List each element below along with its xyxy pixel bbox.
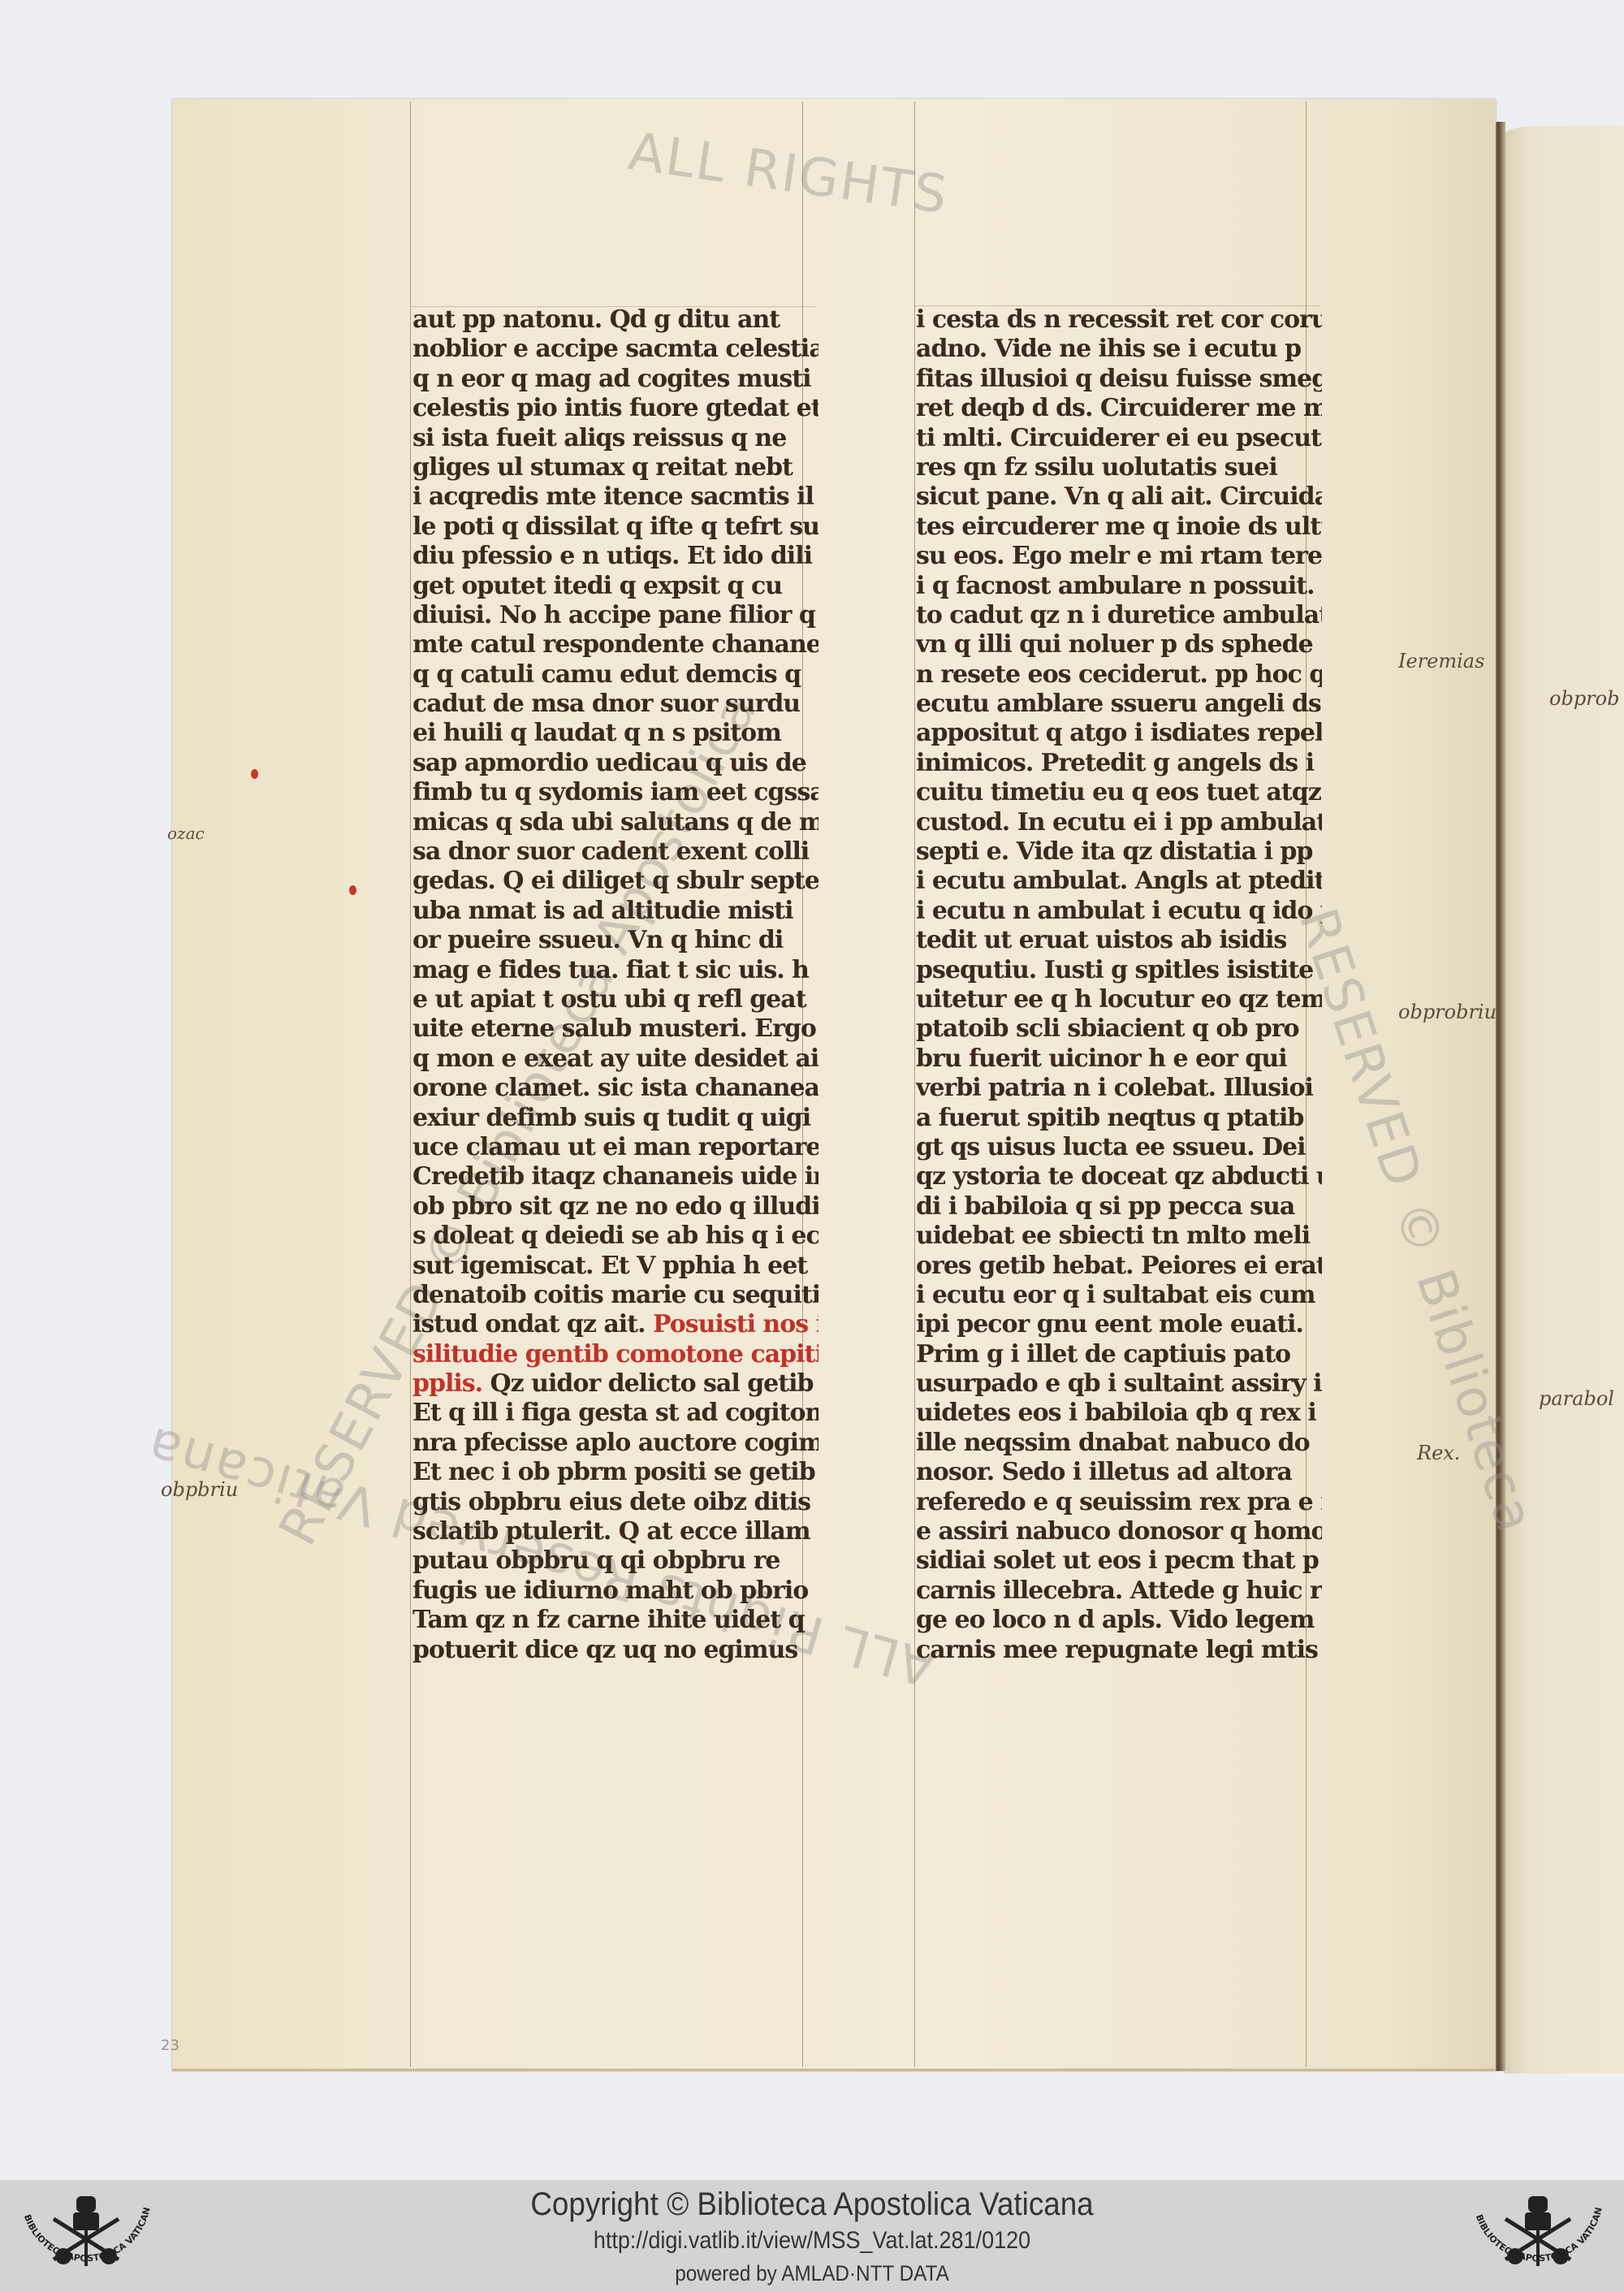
text-line: denatoib coitis marie cu sequitia: [412, 1281, 818, 1310]
text-line: usurpado e qb i sultaint assiry i: [916, 1369, 1322, 1399]
image-url-link[interactable]: http://digi.vatlib.it/view/MSS_Vat.lat.2…: [81, 2227, 1543, 2255]
text-line: di i babiloia q si pp pecca sua: [916, 1192, 1322, 1222]
text-line: aut pp natonu. Qd g ditu ant: [412, 305, 818, 335]
copyright-footer: Copyright © Biblioteca Apostolica Vatica…: [0, 2180, 1624, 2292]
text-line: carnis mee repugnate legi mtis: [916, 1636, 1322, 1665]
text-line: q q catuli camu edut demcis q: [412, 660, 818, 690]
text-line: celestis pio intis fuore gtedat et: [412, 394, 818, 423]
text-line: i cesta ds n recessit ret cor coru: [916, 305, 1322, 335]
marginal-note: ozac: [167, 824, 205, 843]
text-line: potuerit dice qz uq no egimus: [412, 1636, 818, 1665]
ruling-line: [410, 102, 411, 2067]
text-line-with-rubric: istud ondat qz ait. Posuisti nos i: [412, 1310, 818, 1339]
text-line: sut igemiscat. Et V pphia h eet: [412, 1252, 818, 1281]
text-line: noblior e accipe sacmta celestia: [412, 335, 818, 364]
text-line: ptatoib scli sbiacient q ob pro: [916, 1014, 1322, 1044]
text-line: micas q sda ubi salutans q de me: [412, 808, 818, 837]
text-line: cadut de msa dnor suor surdu: [412, 690, 818, 719]
vatican-library-seal-icon: BIBLIOTECA APOSTOLICA VATICANA: [5, 2186, 167, 2289]
text-line: ipi pecor gnu eent mole euati.: [916, 1310, 1322, 1339]
text-line: le poti q dissilat q ifte q tefrt su: [412, 512, 818, 542]
text-line: exiur defimb suis q tudit q uigi: [412, 1104, 818, 1133]
text-line: verbi patria n i colebat. Illusioi: [916, 1074, 1322, 1103]
red-ink-spot: [349, 885, 356, 895]
text-line: sa dnor suor cadent exent colli: [412, 837, 818, 867]
text-line: septi e. Vide ita qz distatia i pp: [916, 837, 1322, 867]
text-line: i ecutu ambulat. Angls at ptedit: [916, 867, 1322, 896]
red-ink-spot: [251, 769, 258, 779]
text-line: mag e fides tua. fiat t sic uis. h: [412, 956, 818, 985]
text-column-right: i cesta ds n recessit ret cor coru adno.…: [916, 305, 1322, 1665]
manuscript-viewer: RESERVED © Biblioteca Apostolica ALL RIG…: [0, 0, 1624, 2180]
text-column-left: aut pp natonu. Qd g ditu ant noblior e a…: [412, 305, 818, 1665]
text-line: n resete eos ceciderut. pp hoc q qi: [916, 660, 1322, 690]
text-line: uidebat ee sbiecti tn mlto meli: [916, 1222, 1322, 1251]
text-line: uce clamau ut ei man reportaret.: [412, 1133, 818, 1162]
text-line: diuisi. No h accipe pane filior q: [412, 601, 818, 630]
text-line: ti mlti. Circuiderer ei eu psecuto: [916, 424, 1322, 453]
text-line: a fuerut spitib neqtus q ptatib: [916, 1104, 1322, 1133]
text-line: adno. Vide ne ihis se i ecutu p: [916, 335, 1322, 364]
text-line: Prim g i illet de captiuis pato: [916, 1340, 1322, 1369]
text-line: gt qs uisus lucta ee ssueu. Dei: [916, 1133, 1322, 1162]
text-line: ecutu amblare ssueru angeli ds: [916, 690, 1322, 719]
text-line: fugis ue idiurno maht ob pbrio: [412, 1576, 818, 1606]
text-line: vn q illi qui noluer p ds sphede: [916, 630, 1322, 659]
text-line: psequtiu. Iusti g spitles isistite: [916, 956, 1322, 985]
text-line: uidetes eos i babiloia qb q rex i: [916, 1399, 1322, 1428]
marginal-note: parabol: [1539, 1387, 1614, 1410]
marginal-note: Ieremias: [1398, 650, 1484, 672]
text-line: ei huili q laudat q n s psitom: [412, 719, 818, 748]
text-line: i acqredis mte itence sacmtis il: [412, 482, 818, 512]
text-line: to cadut qz n i duretice ambulat: [916, 601, 1322, 630]
copyright-text: Copyright © Biblioteca Apostolica Vatica…: [65, 2186, 1559, 2223]
text-line: q mon e exeat ay uite desidet ai: [412, 1044, 818, 1074]
text-line: fimb tu q sydomis iam eet cgssa: [412, 778, 818, 807]
text-segment: istud ondat qz ait.: [412, 1310, 646, 1338]
marginal-note: obprobriu: [1398, 1001, 1497, 1023]
text-line: Et q ill i figa gesta st ad cogitone: [412, 1399, 818, 1428]
text-line-with-rubric: pplis. Qz uidor delicto sal getib: [412, 1369, 818, 1399]
text-line: uite eterne salub musteri. Ergo: [412, 1014, 818, 1044]
text-line: Credetib itaqz chananeis uide in: [412, 1162, 818, 1191]
text-line: gedas. Q ei diliget q sbulr septe: [412, 867, 818, 896]
text-line: fitas illusioi q deisu fuisse smeg: [916, 365, 1322, 394]
text-line: referedo e q seuissim rex pra e ipe: [916, 1488, 1322, 1517]
text-line: uba nmat is ad altitudie misti: [412, 897, 818, 926]
text-line: ille neqssim dnabat nabuco do: [916, 1429, 1322, 1458]
text-segment: Qz uidor delicto sal getib: [490, 1369, 814, 1398]
rubric-line: silitudie gentib comotone capitis i: [412, 1340, 818, 1369]
text-line: e assiri nabuco donosor q homo i: [916, 1517, 1322, 1546]
text-line: uitetur ee q h locutur eo qz tem: [916, 985, 1322, 1014]
text-line: tedit ut eruat uistos ab isidis: [916, 926, 1322, 955]
text-line: sicut pane. Vn q ali ait. Circuida: [916, 482, 1322, 512]
text-line: q n eor q mag ad cogites musti: [412, 365, 818, 394]
rubric-text: pplis.: [412, 1369, 482, 1398]
text-line: su eos. Ego melr e mi rtam tere: [916, 542, 1322, 571]
text-line: nra pfecisse aplo auctore cogim: [412, 1429, 818, 1458]
text-line: sidiai solet ut eos i pecm that p: [916, 1546, 1322, 1576]
text-line: inimicos. Pretedit g angels ds i cir: [916, 749, 1322, 778]
marginal-note: obpbriu: [161, 1478, 238, 1501]
text-line: si ista fueit aliqs reissus q ne: [412, 424, 818, 453]
text-line: bru fuerit uicinor h e eor qui: [916, 1044, 1322, 1074]
text-line: ores getib hebat. Peiores ei erat: [916, 1252, 1322, 1281]
text-line: gtis obpbru eius dete oibz ditis: [412, 1488, 818, 1517]
text-line: cuitu timetiu eu q eos tuet atqz: [916, 778, 1322, 807]
pencil-folio-number: 23: [161, 2037, 179, 2054]
powered-by-text: powered by AMLAD·NTT DATA: [81, 2261, 1543, 2286]
text-line: appositut q atgo i isdiates repella: [916, 719, 1322, 748]
vatican-library-seal-icon: BIBLIOTECA APOSTOLICA VATICANA: [1457, 2186, 1619, 2289]
rubric-text: Posuisti nos i: [653, 1310, 818, 1338]
text-line: tes eircuderer me q inoie ds ultus: [916, 512, 1322, 542]
text-line: i q facnost ambulare n possuit. C: [916, 572, 1322, 601]
text-line: nosor. Sedo i illetus ad altora: [916, 1458, 1322, 1487]
text-line: custod. In ecutu ei i pp ambulat: [916, 808, 1322, 837]
marginal-note: Rex.: [1417, 1442, 1460, 1464]
text-line: i ecutu n ambulat i ecutu q ido p: [916, 897, 1322, 926]
text-line: qz ystoria te doceat qz abducti u: [916, 1162, 1322, 1191]
text-line: diu pfessio e n utiqs. Et ido dili: [412, 542, 818, 571]
text-line: orone clamet. sic ista chananea: [412, 1074, 818, 1103]
text-line: res qn fz ssilu uolutatis suei: [916, 453, 1322, 482]
marginal-note: obprob: [1549, 687, 1619, 710]
text-line: carnis illecebra. Attede g huic re: [916, 1576, 1322, 1606]
text-line: mte catul respondente chananea: [412, 630, 818, 659]
text-line: i ecutu eor q i sultabat eis cum: [916, 1281, 1322, 1310]
text-line: e ut apiat t ostu ubi q refl geat: [412, 985, 818, 1014]
text-line: Tam qz n fz carne ihite uidet q: [412, 1606, 818, 1635]
text-line: ret deqb d ds. Circuiderer me m: [916, 394, 1322, 423]
text-line: get oputet itedi q expsit q cu: [412, 572, 818, 601]
next-page-edge: [1504, 126, 1624, 2074]
text-line: ob pbro sit qz ne no edo q illudi: [412, 1192, 818, 1222]
text-line: putau obpbru q qi obpbru re: [412, 1546, 818, 1576]
text-line: sap apmordio uedicau q uis de: [412, 749, 818, 778]
text-line: gliges ul stumax q reitat nebt: [412, 453, 818, 482]
text-line: sclatib ptulerit. Q at ecce illam: [412, 1517, 818, 1546]
text-line: ge eo loco n d apls. Vido legem: [916, 1606, 1322, 1635]
ruling-line: [914, 102, 915, 2067]
text-line: s doleat q deiedi se ab his q i ecutu: [412, 1222, 818, 1251]
text-line: or pueire ssueu. Vn q hinc di: [412, 926, 818, 955]
text-line: Et nec i ob pbrm positi se getib qz: [412, 1458, 818, 1487]
